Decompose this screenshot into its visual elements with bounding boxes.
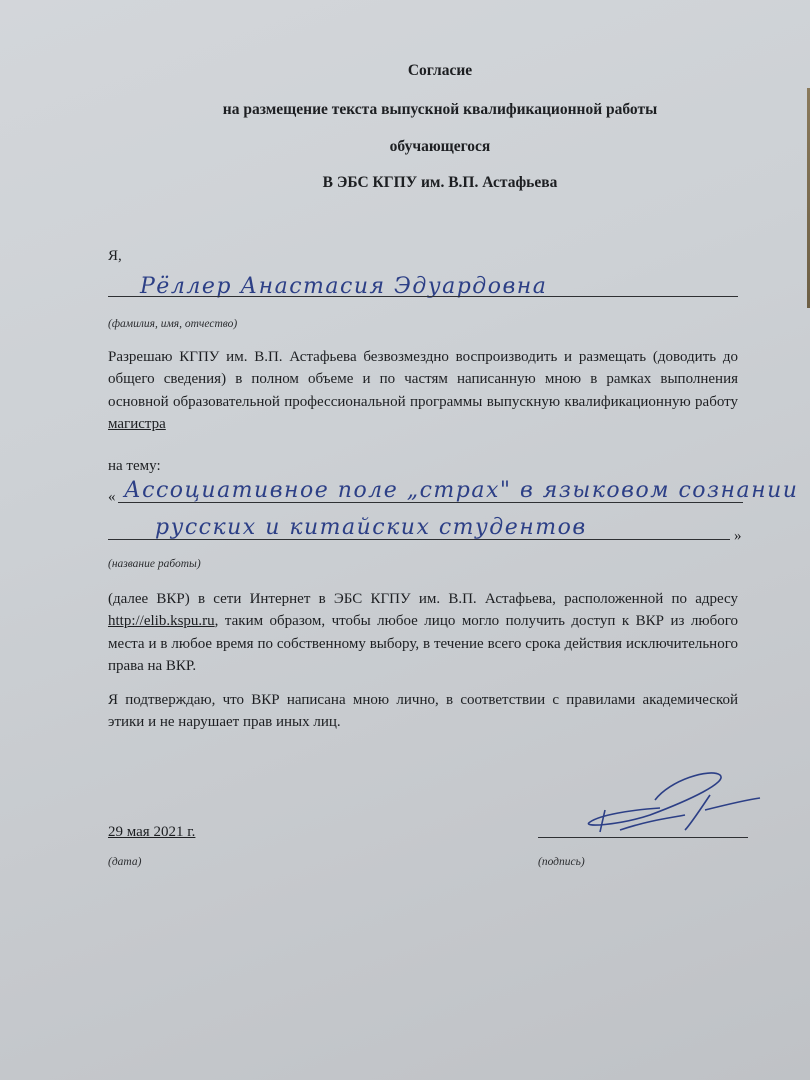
topic-line-1-handwritten: Ассоциативное поле „страх" в языковом со… [124, 478, 798, 503]
topic-label: на тему: [108, 455, 161, 477]
title-line-3: обучающегося [0, 138, 810, 156]
topic-underline-1 [118, 502, 743, 503]
title-line-4: В ЭБС КГПУ им. В.П. Астафьева [0, 174, 810, 192]
intro-text: Я, [108, 245, 122, 267]
name-underline [108, 296, 738, 297]
date-text: 29 мая 2021 г. [108, 821, 195, 843]
confirmation-paragraph: Я подтверждаю, что ВКР написана мною лич… [108, 689, 738, 734]
caption-topic: (название работы) [108, 558, 201, 570]
quote-close: » [734, 525, 742, 547]
title-line-2: на размещение текста выпускной квалифика… [0, 101, 810, 119]
signature-underline [538, 837, 748, 838]
degree-text: магистра [108, 416, 166, 432]
quote-open: « [108, 486, 116, 508]
topic-underline-2 [108, 539, 730, 540]
title-line-1: Согласие [0, 62, 810, 80]
permission-paragraph: Разрешаю КГПУ им. В.П. Астафьева безвозм… [108, 346, 738, 436]
caption-name: (фамилия, имя, отчество) [108, 318, 237, 330]
placement-paragraph: (далее ВКР) в сети Интернет в ЭБС КГПУ и… [108, 588, 738, 678]
caption-signature: (подпись) [538, 856, 585, 868]
caption-date: (дата) [108, 856, 141, 868]
elib-link[interactable]: http://elib.kspu.ru [108, 613, 215, 629]
signature-scribble [560, 770, 760, 840]
placement-text-before: (далее ВКР) в сети Интернет в ЭБС КГПУ и… [108, 591, 738, 607]
permission-text: Разрешаю КГПУ им. В.П. Астафьева безвозм… [108, 349, 738, 410]
topic-line-2-handwritten: русских и китайских студентов [155, 515, 587, 540]
